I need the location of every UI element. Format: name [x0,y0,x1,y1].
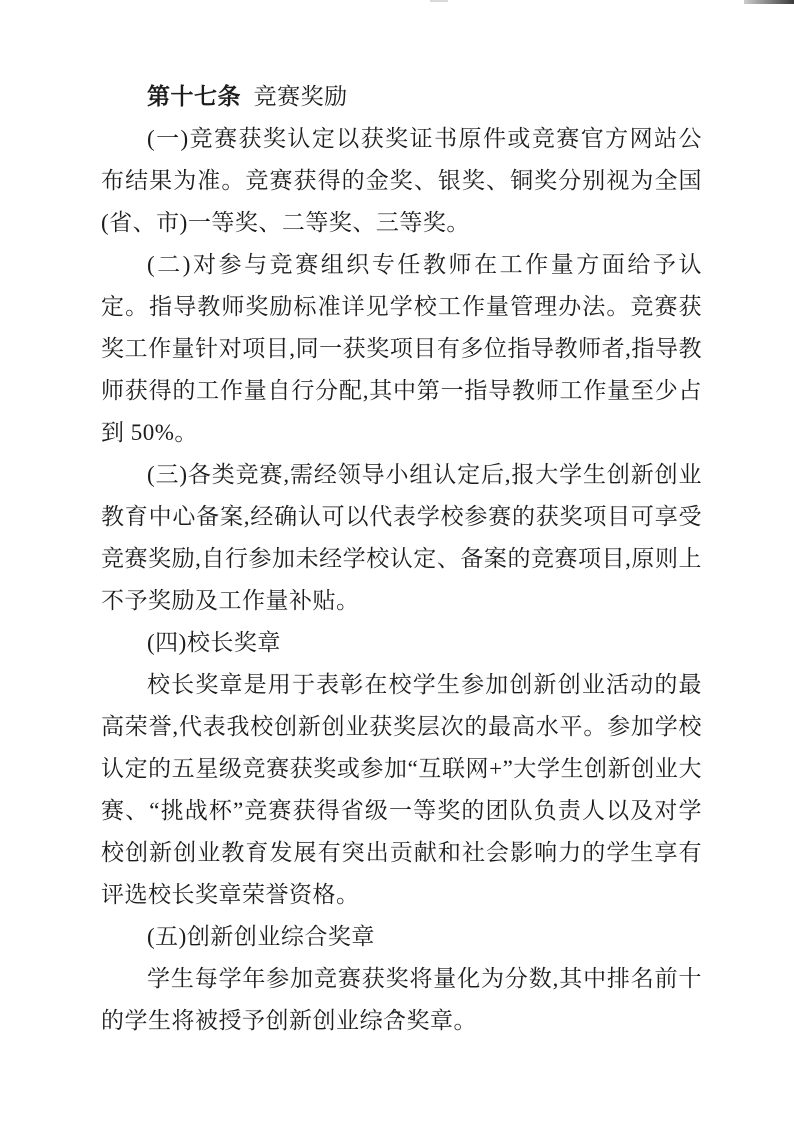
document-body: 第十七条竞赛奖励 (一)竞赛获奖认定以获奖证书原件或竞赛官方网站公布结果为准。竞… [101,76,702,1042]
paragraph-item-5: 校长奖章是用于表彰在校学生参加创新创业活动的最高荣誉,代表我校创新创业获奖层次的… [101,664,702,916]
paragraph-subheading-4: (四)校长奖章 [101,622,702,664]
clause-title: 竞赛奖励 [254,84,348,109]
page-footer: - 7 - [0,1008,794,1030]
scan-artifact-top-right-corner [744,0,794,4]
page-number: - 7 - [376,1008,418,1029]
paragraph-item-3: (三)各类竞赛,需经领导小组认定后,报大学生创新创业教育中心备案,经确认可以代表… [101,454,702,622]
clause-heading: 第十七条竞赛奖励 [101,76,702,118]
clause-number: 第十七条 [147,84,241,109]
scan-artifact-top [430,0,448,2]
document-page: 第十七条竞赛奖励 (一)竞赛获奖认定以获奖证书原件或竞赛官方网站公布结果为准。竞… [0,0,794,1121]
paragraph-item-1: (一)竞赛获奖认定以获奖证书原件或竞赛官方网站公布结果为准。竞赛获得的金奖、银奖… [101,118,702,244]
paragraph-item-2: (二)对参与竞赛组织专任教师在工作量方面给予认定。指导教师奖励标准详见学校工作量… [101,244,702,454]
paragraph-subheading-6: (五)创新创业综合奖章 [101,916,702,958]
